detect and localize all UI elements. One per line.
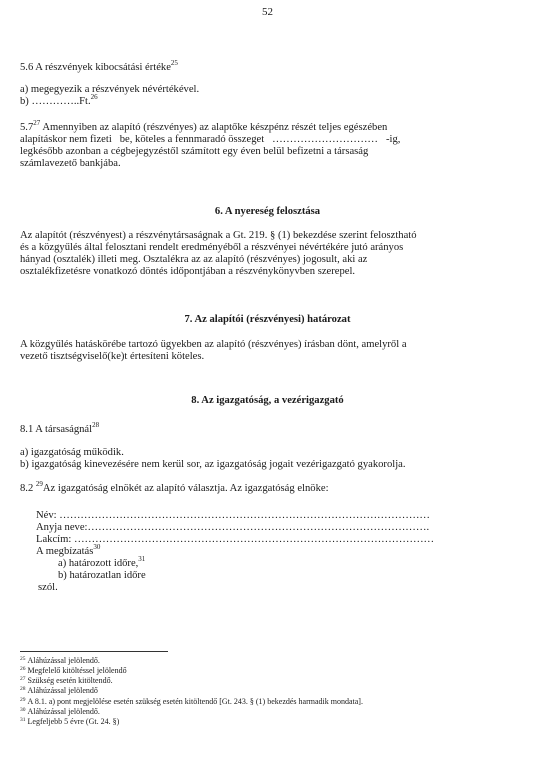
section-8-heading: 8. Az igazgatóság, a vezérigazgató <box>0 395 535 408</box>
footnote-ref-28[interactable]: 28 <box>92 421 99 429</box>
footnote-26: 26Megfelelő kitöltéssel jelölendő <box>20 666 127 676</box>
footnote-28: 28Aláhúzással jelölendő <box>20 686 98 696</box>
footnote-27: 27Szükség esetén kitöltendő. <box>20 676 113 686</box>
footnote-ref-31[interactable]: 31 <box>138 555 145 563</box>
footnote-29: 29A 8.1. a) pont megjelölése esetén szük… <box>20 697 363 707</box>
section-5-6-option-a: a) megegyezik a részvények névértékével. <box>20 84 199 97</box>
section-5-7-line-1: 5.727 Amennyiben az alapító (részvényes)… <box>20 122 462 135</box>
footnote-separator <box>20 651 168 652</box>
section-5-7-line-4: számlavezető bankjába. <box>20 158 121 171</box>
footnote-ref-29[interactable]: 29 <box>36 480 43 488</box>
section-5-7-line-2: alapításkor nem fizeti be, köteles a fen… <box>20 134 462 147</box>
section-5-7-line-3: legkésőbb azonban a cégbejegyzéstől szám… <box>20 146 462 159</box>
section-8-2-text: 8.2 29Az igazgatóság elnökét az alapító … <box>20 483 329 496</box>
mandate-option-fixed-term[interactable]: a) határozott időre,31 <box>58 558 145 571</box>
section-7-line: vezető tisztségviselő(ke)t értesíteni kö… <box>20 351 204 364</box>
section-8-1-title: 8.1 A társaságnál28 <box>20 424 99 437</box>
mandate-label: A megbízatás30 <box>36 546 100 559</box>
footnote-30: 30Aláhúzással jelölendő. <box>20 707 100 717</box>
section-5-6-title: 5.6 A részvények kibocsátási értéke25 <box>20 62 178 75</box>
mandate-option-indefinite[interactable]: b) határozatlan időre <box>58 570 146 583</box>
mother-name-field[interactable]: Anyja neve:……………………………………………………………………………… <box>36 522 450 535</box>
section-6-line: Az alapítót (részvényest) a részvénytárs… <box>20 230 462 243</box>
footnote-ref-25[interactable]: 25 <box>171 59 178 67</box>
section-8-1-option-b: b) igazgatóság kinevezésére nem kerül so… <box>20 459 406 472</box>
name-field[interactable]: Név: …………………………………………………………………………………………… <box>36 510 450 523</box>
closing-word: szól. <box>38 582 58 595</box>
section-7-line: A közgyűlés hatáskörébe tartozó ügyekben… <box>20 339 462 352</box>
footnote-ref-30[interactable]: 30 <box>93 543 100 551</box>
page-number: 52 <box>0 6 535 19</box>
section-6-line: és a közgyűlés által felosztani rendelt … <box>20 242 462 255</box>
footnote-25: 25Aláhúzással jelölendő. <box>20 656 100 666</box>
section-6-line: hányad (osztalék) illeti meg. Osztalékra… <box>20 254 462 267</box>
footnote-ref-26[interactable]: 26 <box>91 93 98 101</box>
footnote-31: 31Legfeljebb 5 évre (Gt. 24. §) <box>20 717 119 727</box>
section-8-1-option-a: a) igazgatóság működik. <box>20 447 124 460</box>
section-7-heading: 7. Az alapítói (részvényesi) határozat <box>0 314 535 327</box>
section-6-heading: 6. A nyereség felosztása <box>0 206 535 219</box>
section-6-line: osztalékfizetésre vonatkozó döntés időpo… <box>20 266 355 279</box>
section-5-6-option-b: b) …………..Ft.26 <box>20 96 98 109</box>
